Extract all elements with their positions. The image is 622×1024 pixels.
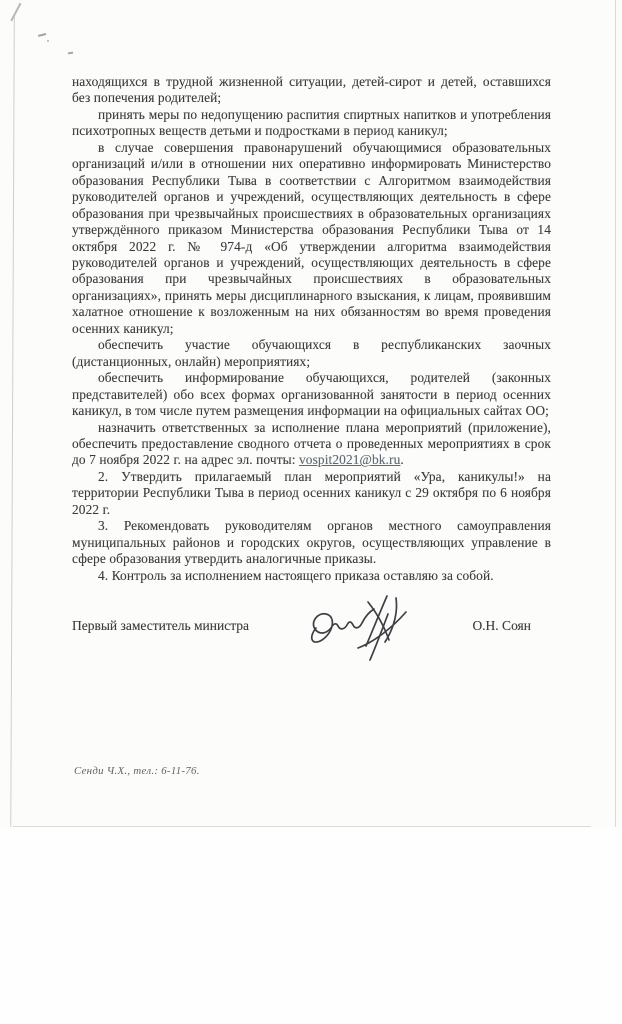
scanner-background [0,827,622,1024]
paragraph: обеспечить информирование обучающихся, р… [72,370,551,419]
paragraph-item-2: 2. Утвердить прилагаемый план мероприяти… [72,469,551,518]
paragraph: обеспечить участие обучающихся в республ… [72,337,551,370]
document-body: находящихся в трудной жизненной ситуации… [72,74,551,584]
email-link[interactable]: vospit2021@bk.ru [299,452,400,467]
signer-name: О.Н. Соян [472,618,551,634]
scan-edge-right [615,0,616,827]
executor-note: Сенди Ч.Х., тел.: 6-11-76. [74,765,200,777]
signature-scribble-icon [292,584,444,672]
scan-speck [68,52,73,54]
paragraph: в случае совершения правонарушений обуча… [72,140,551,337]
paragraph-continuation: находящихся в трудной жизненной ситуации… [72,74,551,107]
paragraph: принять меры по недопущению распития спи… [72,107,551,140]
scan-corner-mark [10,3,21,21]
signer-position: Первый заместитель министра [72,618,249,634]
paragraph-item-4: 4. Контроль за исполнением настоящего пр… [72,568,551,584]
paragraph-with-email: назначить ответственных за исполнение пл… [72,420,551,469]
paragraph-text: . [400,452,403,467]
paragraph-item-3: 3. Рекомендовать руководителям органов м… [72,518,551,567]
scan-speck [47,40,49,42]
scan-edge-left [10,16,15,845]
document-page: находящихся в трудной жизненной ситуации… [0,0,622,1024]
scan-speck [38,33,46,36]
